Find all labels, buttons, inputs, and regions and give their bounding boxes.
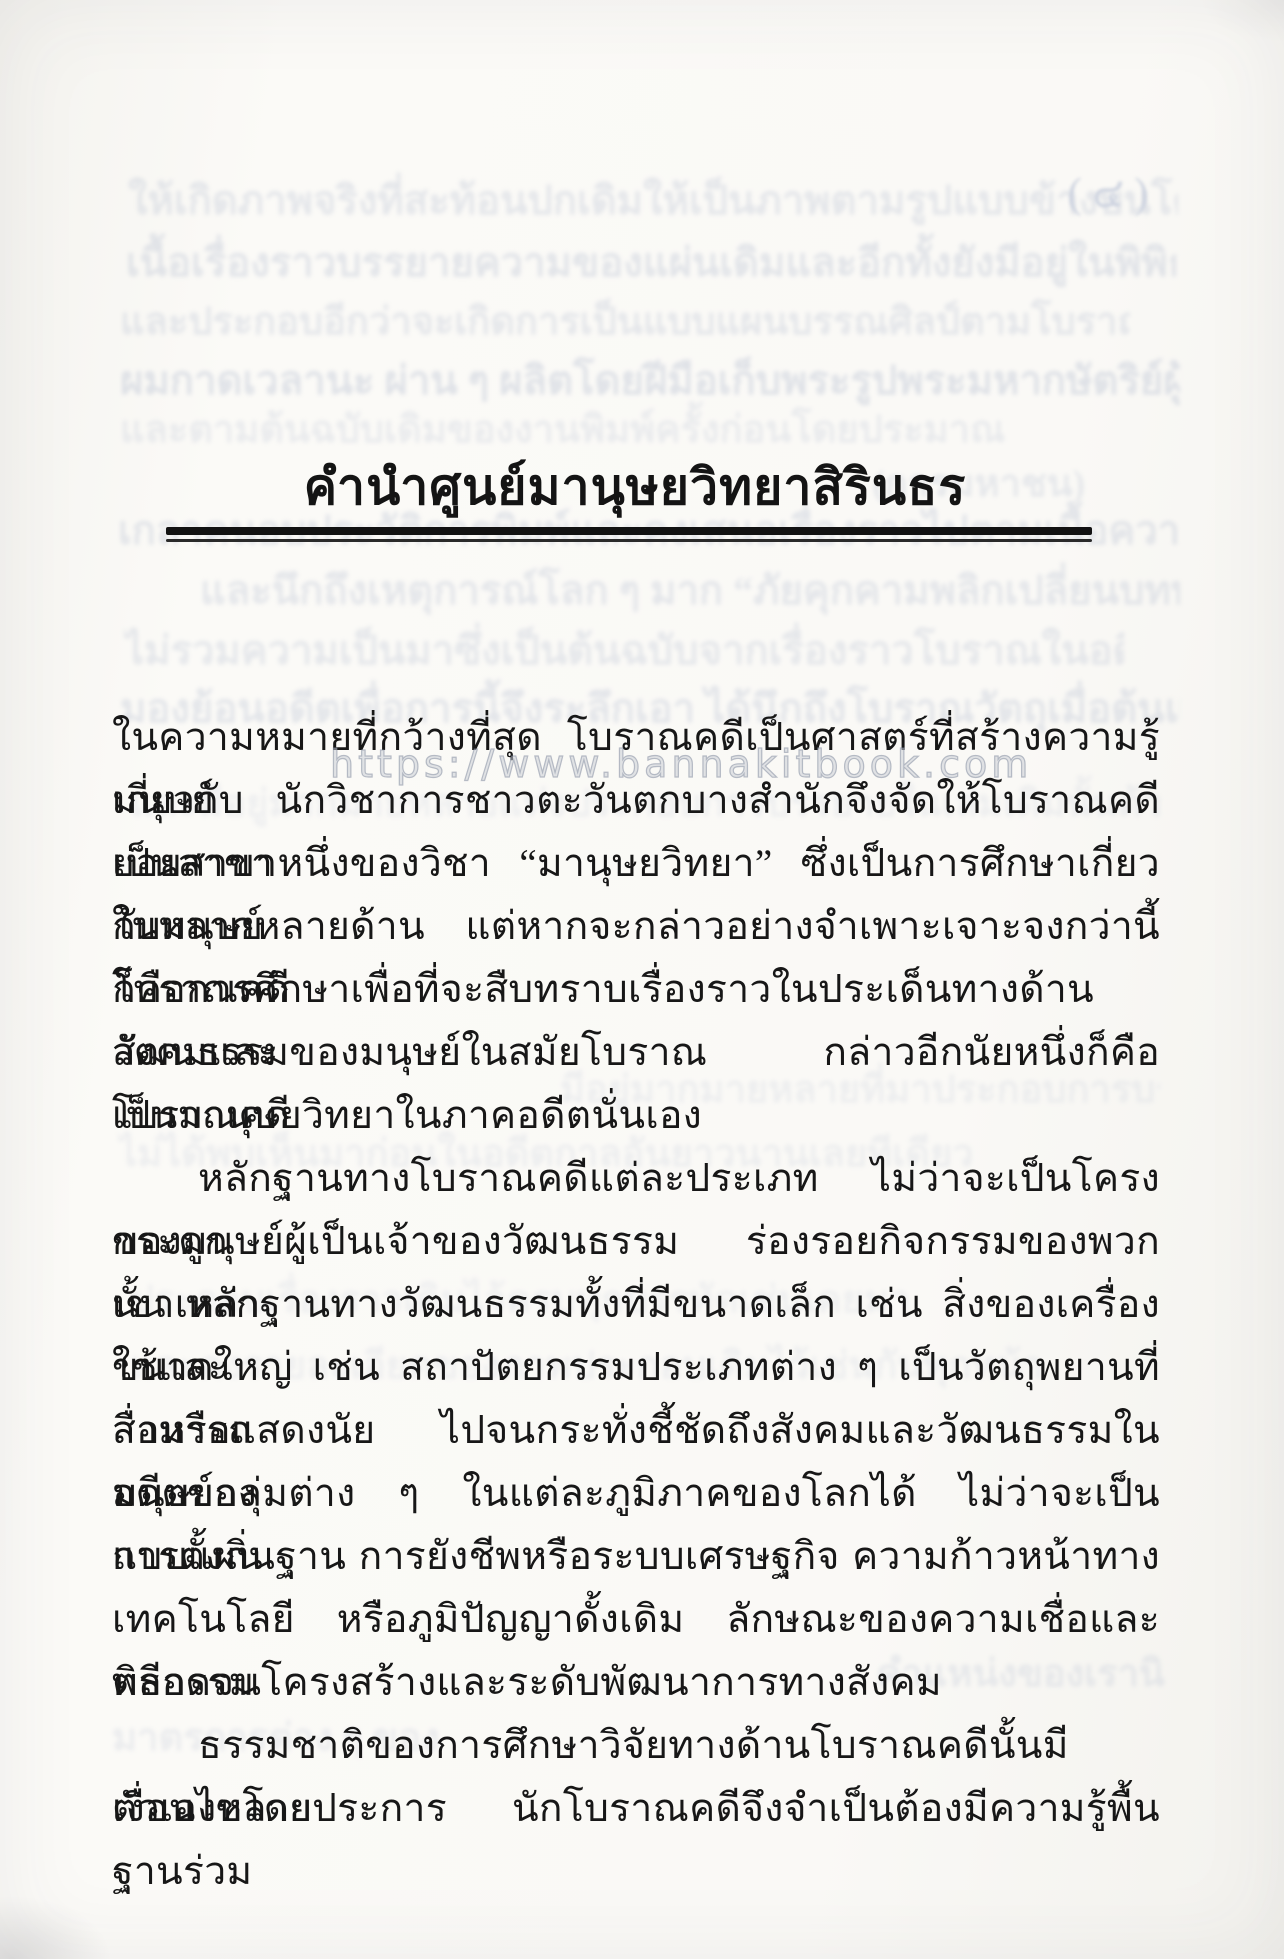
body-line: มนุษย์ นักวิชาการชาวตะวันตกบางสำนักจึงจั… xyxy=(112,769,1160,832)
body-text: ในความหมายที่กว้างที่สุด โบราณคดีเป็นศาส… xyxy=(112,706,1160,1840)
body-line: ของมนุษย์ผู้เป็นเจ้าของวัฒนธรรม ร่องรอยก… xyxy=(112,1210,1160,1273)
title-underline-thin xyxy=(166,539,1092,542)
body-line: มนุษย์กลุ่มต่าง ๆ ในแต่ละภูมิภาคของโลกได… xyxy=(112,1462,1160,1525)
page-title: คำนำศูนย์มานุษยวิทยาสิรินธร xyxy=(112,448,1158,527)
ghost-text-line: เนื้อเรื่องราวบรรยายความของแผ่นเดิมและอี… xyxy=(126,230,1176,294)
body-line: ตัวเองหลายประการ นักโบราณคดีจึงจำเป็นต้อ… xyxy=(112,1777,1160,1840)
page-number: ( ๔ ) xyxy=(1048,160,1168,226)
scanned-page: ให้เกิดภาพจริงที่สะท้อนปกเดิมให้เป็นภาพต… xyxy=(0,0,1284,1959)
body-line: ในความหมายที่กว้างที่สุด โบราณคดีเป็นศาส… xyxy=(112,706,1160,769)
body-line: ตลอดจนโครงสร้างและระดับพัฒนาการทางสังคม xyxy=(112,1651,1160,1714)
ghost-text-line: ให้เกิดภาพจริงที่สะท้อนปกเดิมให้เป็นภาพต… xyxy=(128,168,1178,232)
body-line: วัฒนธรรมของมนุษย์ในสมัยโบราณ กล่าวอีกนัย… xyxy=(112,1021,1160,1084)
ghost-text-line: และนึกถึงเหตุการณ์โลก ๆ มาก “ภัยคุกคามพล… xyxy=(200,558,1180,622)
body-line: เทคโนโลยี หรือภูมิปัญญาดั้งเดิม ลักษณะขอ… xyxy=(112,1588,1160,1651)
ghost-text-line: ไม่รวมความเป็นมาซึ่งเป็นต้นฉบับจากเรื่อง… xyxy=(124,618,1124,682)
body-line: การตั้งถิ่นฐาน การยังชีพหรือระบบเศรษฐกิจ… xyxy=(112,1525,1160,1588)
title-underline-thick xyxy=(166,527,1092,535)
title-underline xyxy=(166,527,1092,542)
body-line: ในหลากหลายด้าน แต่หากจะกล่าวอย่างจำเพาะเ… xyxy=(112,895,1160,958)
body-line: เป็นมานุษยวิทยาในภาคอดีตนั่นเอง xyxy=(112,1084,1160,1147)
body-line: ก็คือการศึกษาเพื่อที่จะสืบทราบเรื่องราวใ… xyxy=(112,958,1160,1021)
body-line: ธรรมชาติของการศึกษาวิจัยทางด้านโบราณคดีน… xyxy=(112,1714,1160,1777)
ghost-text-line: และประกอบอีกว่าจะเกิดการเป็นแบบแผนบรรณศิ… xyxy=(120,290,1130,351)
body-line: ขนาดใหญ่ เช่น สถาปัตยกรรมประเภทต่าง ๆ เป… xyxy=(112,1336,1160,1399)
body-line: นั้น หลักฐานทางวัฒนธรรมทั้งที่มีขนาดเล็ก… xyxy=(112,1273,1160,1336)
ghost-text-line: ผมกาดเวลานะ ผ่าน ๆ ผลิตโดยฝีมือเก็บพระรู… xyxy=(120,348,1180,412)
body-line: ย่อยสาขาหนึ่งของวิชา “มานุษยวิทยา” ซึ่งเ… xyxy=(112,832,1160,895)
body-line: หลักฐานทางโบราณคดีแต่ละประเภท ไม่ว่าจะเป… xyxy=(112,1147,1160,1210)
body-line: สื่อหรือแสดงนัย ไปจนกระทั่งชี้ชัดถึงสังค… xyxy=(112,1399,1160,1462)
